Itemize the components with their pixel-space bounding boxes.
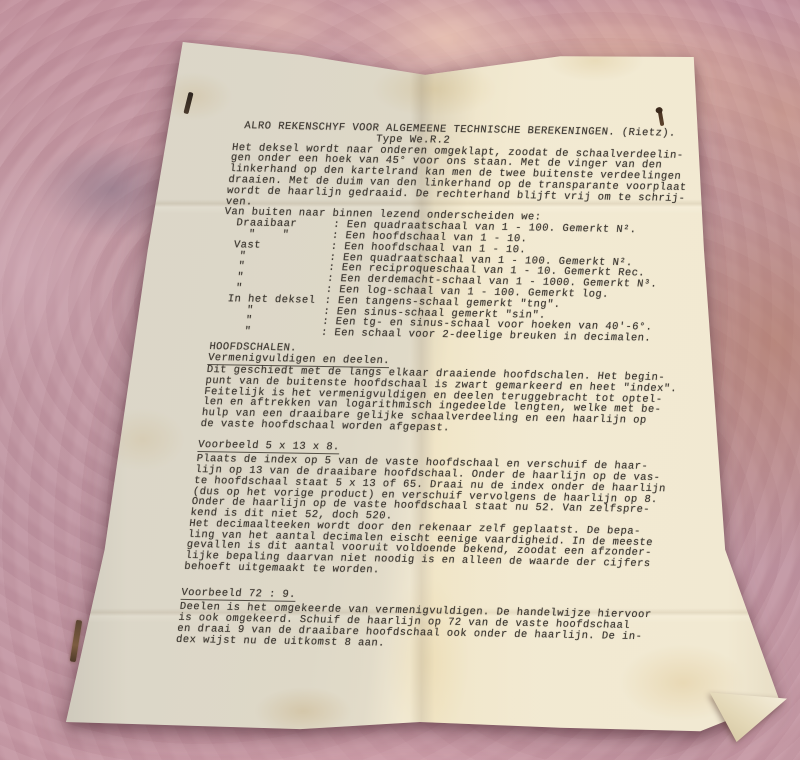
folded-corner xyxy=(703,680,787,742)
paper-shadow-wrap: ALRO REKENSCHYF VOOR ALGEMEENE TECHNISCH… xyxy=(0,0,800,760)
voorbeeld1-paragraph-2: Het decimaalteeken wordt door den rekena… xyxy=(184,519,694,582)
paper-sheet: ALRO REKENSCHYF VOOR ALGEMEENE TECHNISCH… xyxy=(55,32,785,747)
voorbeeld1-paragraph: Plaats de index op 5 van de vaste hoofds… xyxy=(190,454,701,528)
underlined-heading: Voorbeeld 72 : 9. xyxy=(181,588,297,602)
photo-background-fabric: ALRO REKENSCHYF VOOR ALGEMEENE TECHNISCH… xyxy=(0,0,800,760)
folded-corner-wrap xyxy=(703,680,787,742)
intro-paragraph: Het deksel wordt naar onderen omgeklapt,… xyxy=(225,143,736,217)
scale-label: " xyxy=(223,326,321,338)
voorbeeld2-paragraph: Deelen is het omgekeerde van vermenigvul… xyxy=(175,602,684,654)
underlined-heading: Voorbeeld 5 x 13 x 8. xyxy=(197,440,340,455)
scales-list: Draaibaar: Een quadraatschaal van 1 - 10… xyxy=(210,218,728,346)
hoofdschalen-paragraph: Dit geschiedt met de langs elkaar draaie… xyxy=(200,365,711,439)
typed-document-content: ALRO REKENSCHYF VOOR ALGEMEENE TECHNISCH… xyxy=(175,121,739,654)
